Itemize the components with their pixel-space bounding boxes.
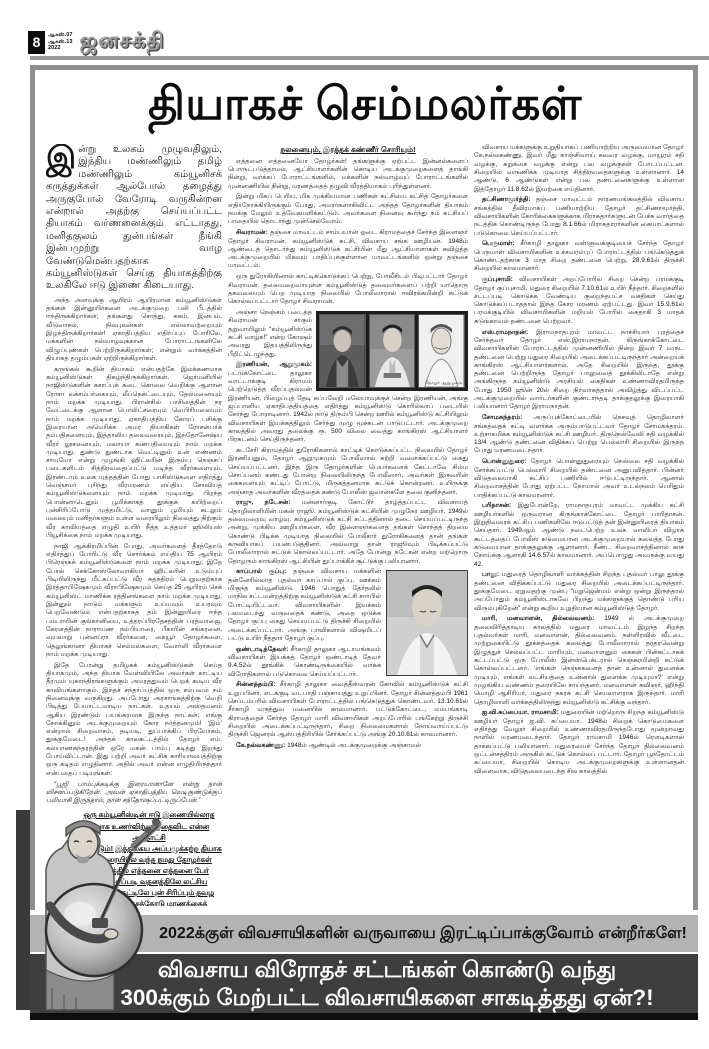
portrait-photo-sivaraman	[319, 314, 366, 388]
martyr-paragraph: ராஜு, நடேசன்: மன்னார்குடி கோட்டூர் தாழ்த…	[228, 499, 468, 566]
martyr-name: சிவராமன்:	[236, 229, 268, 236]
column-right: விவசாய மக்களுக்கு உறுதியாகப் பணியாற்றிய …	[474, 144, 684, 906]
martyr-name: ஒண்டாடித்தேவர்:	[236, 646, 288, 653]
body-paragraph: கடசேரி கிராமத்தில் துரோகிகளால் காட்டிக் …	[228, 447, 468, 497]
martyr-name: எஸ்.ராமநாதன்:	[482, 329, 528, 336]
banner-slogan-line2: 300க்கும் மேற்பட்ட விவசாயிகளை சாகடித்தது…	[120, 984, 653, 1011]
martyr-entries: தட்சிணாமூர்த்தி: தஞ்சை மாவட்டம் நாரணமங்க…	[474, 196, 684, 775]
martyr-name: ராஜு, நடேசன்:	[236, 499, 291, 506]
portrait-photo-kuppu	[386, 570, 468, 676]
portrait-photo-iraniyan	[369, 314, 416, 388]
article-headline: தியாகச் செம்மலர்கள்	[46, 78, 684, 136]
martyr-paragraph: பொன்னுதுரை: தோழர் பொன்னுதுரையும் நெல்லை …	[474, 458, 684, 500]
body-paragraph: நாஜி ஆக்கிரமிப்பின் போது, அவர்களைத் தீரத…	[46, 543, 222, 659]
newspaper-page: 8 ஆகஸ்.07 ஆகஸ்.13 2022 ஜனசக்தி தியாகச் ச…	[0, 0, 709, 1049]
body-paragraph: இன்று மிகப் பெரிய, மிக முக்கியமான பணிகள்…	[228, 193, 468, 226]
letter-quote: “பூஜி பாம்புக்கடிக்கு இரையானானே என்று நா…	[46, 781, 222, 806]
martyr-paragraph: மாரி, மனவாளன், தில்லைவனம்: 1949 ல் அடக்க…	[474, 615, 684, 706]
body-paragraph: இதே போன்று தமிழகக் கம்யூனிஸ்டுகள் செய்த …	[46, 662, 222, 778]
martyr-name: குப்புசாமி:	[482, 276, 513, 283]
body-paragraph: கருங்கல் கூறின் தியாகம் என்பதற்கே இலக்கண…	[46, 366, 222, 541]
column-center: நலனையும், இரத்தக் கண்ணீர் சொரியும்! எத்த…	[228, 144, 468, 906]
body-paragraph: விவசாய மக்களுக்கு உறுதியாகப் பணியாற்றிய …	[474, 144, 684, 194]
portrait-sketch-arumugam: தோழர் ஆறுமுகம்	[418, 314, 465, 388]
issue-dates: ஆகஸ்.07 ஆகஸ்.13 2022	[48, 32, 72, 51]
lead-paragraph: இன்று உலகம் முழுவதிலும், இந்திய மண்ணிலும…	[46, 144, 222, 293]
article-frame: தியாகச் செம்மலர்கள் இன்று உலகம் முழுவதில…	[30, 65, 698, 910]
martyr-name: இரணியன், ஆறுமுகம்:	[236, 361, 312, 368]
martyr-name: மாரி, மனவாளன், தில்லைவனம்:	[482, 615, 594, 622]
martyr-name: காப்பால் குப்பு:	[236, 568, 286, 575]
masthead: 8 ஆகஸ்.07 ஆகஸ்.13 2022 ஜனசக்தி	[28, 29, 165, 55]
page-number: 8	[28, 31, 45, 54]
body-paragraph: அந்த அளவுக்கு ஆயிரம் ஆயிரமான கம்யூனிஸ்டு…	[46, 297, 222, 364]
banner-slogan-line1: விவசாய விரோதச் சட்டங்கள் கொண்டு வந்து	[158, 956, 616, 983]
martyr-paragraph: கே.நல்லகண்ணு: 1948ம் ஆண்டில் அடக்குமுறைக…	[228, 742, 468, 750]
martyr-name: பரிதாசன்:	[482, 502, 511, 509]
martyrs-photo-strip: தோழர் ஆறுமுகம்	[316, 311, 468, 391]
portrait-illustration	[387, 571, 467, 675]
issue-year: 2022	[48, 45, 72, 51]
martyr-paragraph: குப்புசாமி: விவசாயிகள் அறப்போரில் சிறை ச…	[474, 276, 684, 326]
portrait-illustration	[370, 315, 415, 387]
martyr-paragraph: பரிதாசன்: இதுபோன்றே, ராமநாதபுரம் மாவட்ட …	[474, 502, 684, 569]
martyr-paragraph: சின்னத்தம்பி: சீர்காழி தாலுகா வைத்தீஸ்வர…	[228, 681, 468, 739]
article-columns: இன்று உலகம் முழுவதிலும், இந்திய மண்ணிலும…	[46, 144, 684, 906]
martyr-name: சின்னத்தம்பி:	[236, 681, 276, 688]
martyr-name: பெருமாள்:	[482, 240, 515, 247]
column-left: இன்று உலகம் முழுவதிலும், இந்திய மண்ணிலும…	[46, 144, 222, 906]
section-heading: நலனையும், இரத்தக் கண்ணீர் சொரியும்!	[228, 145, 468, 155]
body-paragraph: எத்தனை எத்தனையோ தோழர்கள்! தங்களுக்கு ஏற்…	[228, 158, 468, 191]
martyr-name: பொன்னுதுரை:	[482, 458, 526, 465]
martyr-name: சோமசுந்தரம்:	[482, 414, 522, 421]
martyr-name: ஐ.வி.கப்பையா, ராமசாமி:	[482, 709, 559, 716]
martyr-paragraph: சிவராமன்: தஞ்சை மாவட்டம் சாம்பயான் ஓடை க…	[228, 229, 468, 271]
body-paragraph: ஒரு துரோகியினால் காட்டிக்கொடுக்கப் பெற்ற…	[228, 273, 468, 306]
martyr-name: கே.நல்லகண்ணு:	[236, 742, 285, 749]
drop-cap: இ	[46, 144, 78, 170]
paper-logo: ஜனசக்தி	[79, 29, 164, 55]
martyr-paragraph: எஸ்.ராமநாதன்: இராமநாதபுரம் மாவட்ட நாச்சி…	[474, 329, 684, 412]
martyr-paragraph: சோமசுந்தரம்: அருப்புக்கோட்டையில் நெசவுத்…	[474, 414, 684, 456]
farmer-illustration	[16, 810, 168, 1018]
martyr-paragraph: ஐ.வி.கப்பையா, ராமசாமி: மதுரையின் மற்றொரு…	[474, 709, 684, 776]
martyr-paragraph: பாலு: மதுரைத் தொழிலாளி வர்க்கத்தின் சிறந…	[474, 571, 684, 613]
martyr-paragraph: தட்சிணாமூர்த்தி: தஞ்சை மாவட்டம் நாரணமங்க…	[474, 196, 684, 238]
martyr-name: தட்சிணாமூர்த்தி:	[482, 196, 530, 203]
portrait-illustration	[320, 315, 365, 387]
portrait-illustration	[419, 315, 464, 387]
martyr-name: பாலு:	[482, 571, 499, 578]
header-rule	[30, 56, 709, 60]
photo-caption: தோழர் ஆறுமுகம்	[425, 380, 462, 386]
martyr-paragraph: பெருமாள்: சீர்காழி தாலுகா வள்ளுவக்குடியை…	[474, 240, 684, 273]
